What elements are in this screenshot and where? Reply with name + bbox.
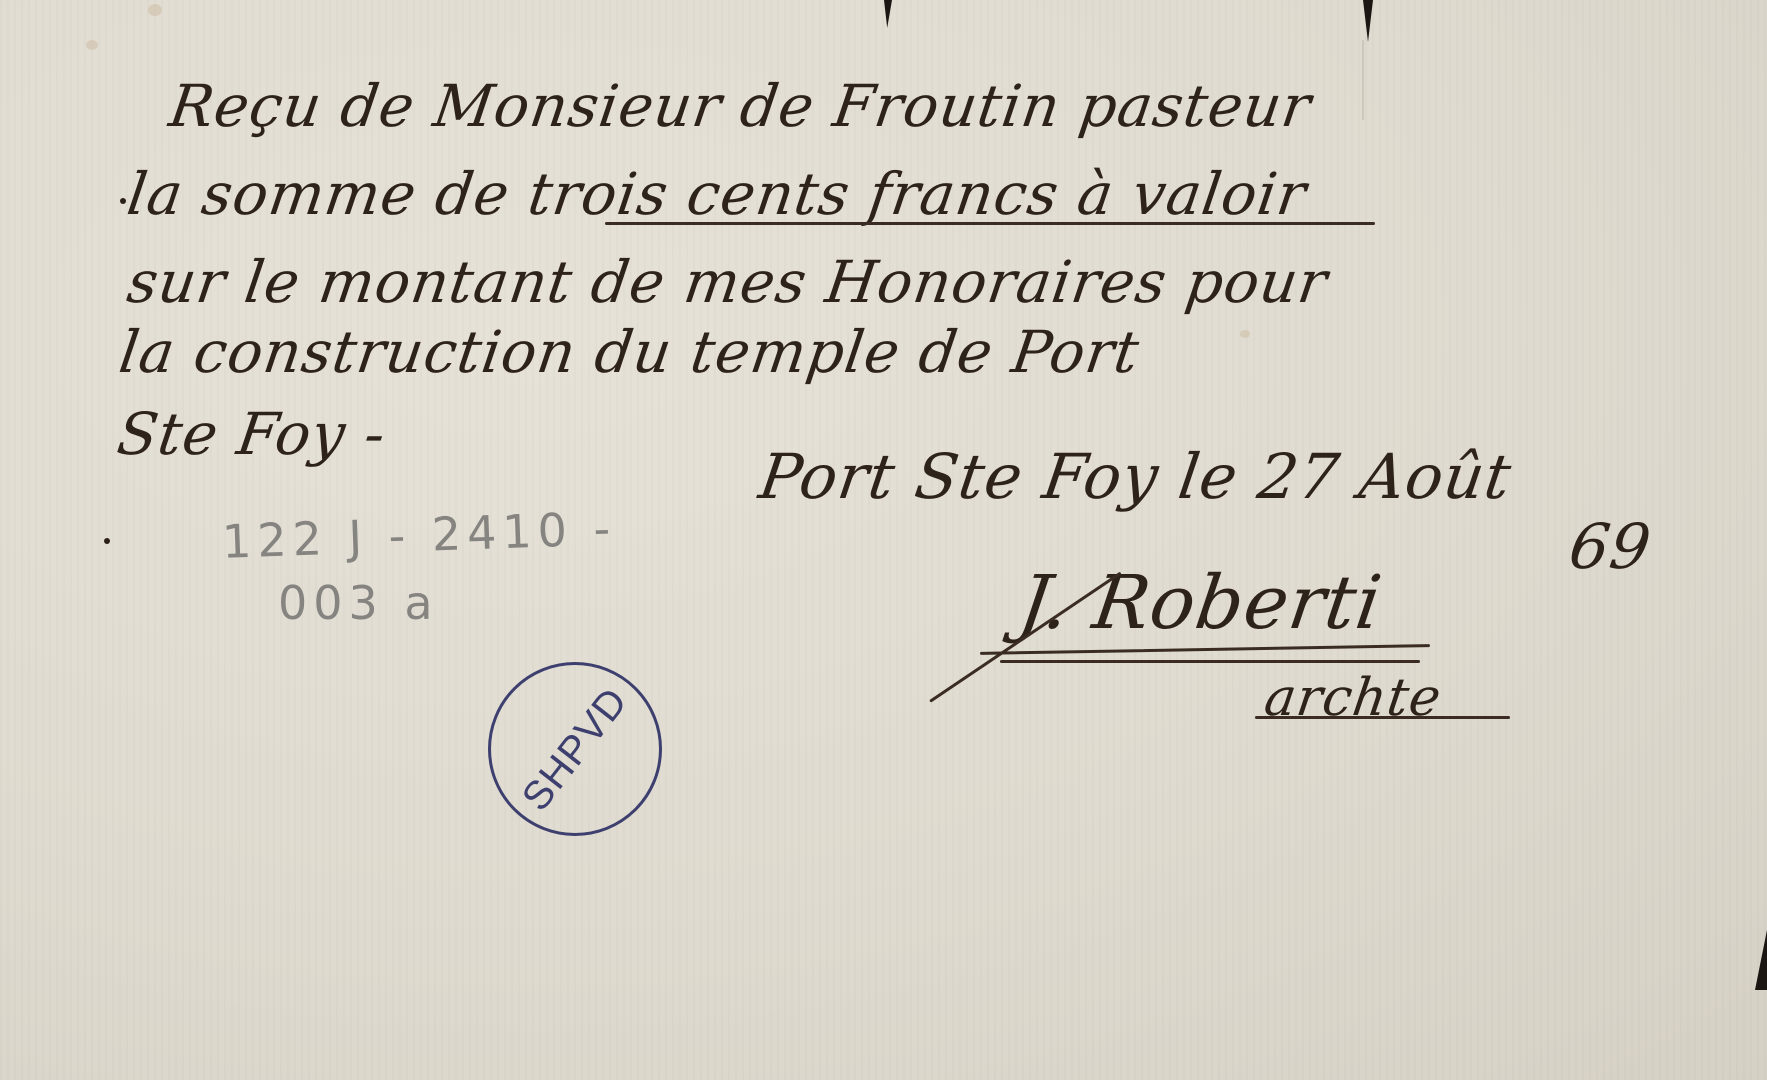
amount-underline (605, 222, 1375, 225)
document-page: Reçu de Monsieur de Froutin pasteur la s… (0, 0, 1767, 1080)
signature-title: archte (1261, 668, 1446, 728)
place-date-line: Port Ste Foy le 27 Août (755, 440, 1516, 513)
foxing-spot (1240, 330, 1250, 338)
receipt-line-5: Ste Foy - (113, 400, 390, 468)
signature-flourish (1000, 660, 1420, 663)
receipt-line-3: sur le montant de mes Honoraires pour (123, 248, 1332, 316)
receipt-line-2: la somme de trois cents francs à valoir (123, 160, 1311, 228)
foxing-spot (148, 4, 162, 16)
receipt-line-4: la construction du temple de Port (115, 318, 1144, 386)
signature: J. Roberti (1014, 560, 1387, 646)
foxing-spot (86, 40, 98, 50)
paper-tear (1755, 930, 1767, 990)
archive-reference-line-2: 003 a (278, 576, 439, 630)
title-underline (1255, 716, 1510, 719)
receipt-line-1: Reçu de Monsieur de Froutin pasteur (165, 72, 1315, 140)
margin-mark (104, 538, 110, 544)
fold-crease (1362, 40, 1364, 120)
year: 69 (1565, 510, 1656, 583)
stamp-text: SHPVD (513, 679, 636, 819)
archive-stamp: SHPVD (488, 662, 662, 836)
paper-tear (884, 0, 892, 28)
archive-reference-line-1: 122 J - 2410 - (221, 501, 617, 569)
margin-mark (120, 198, 126, 204)
paper-tear (1363, 0, 1373, 42)
